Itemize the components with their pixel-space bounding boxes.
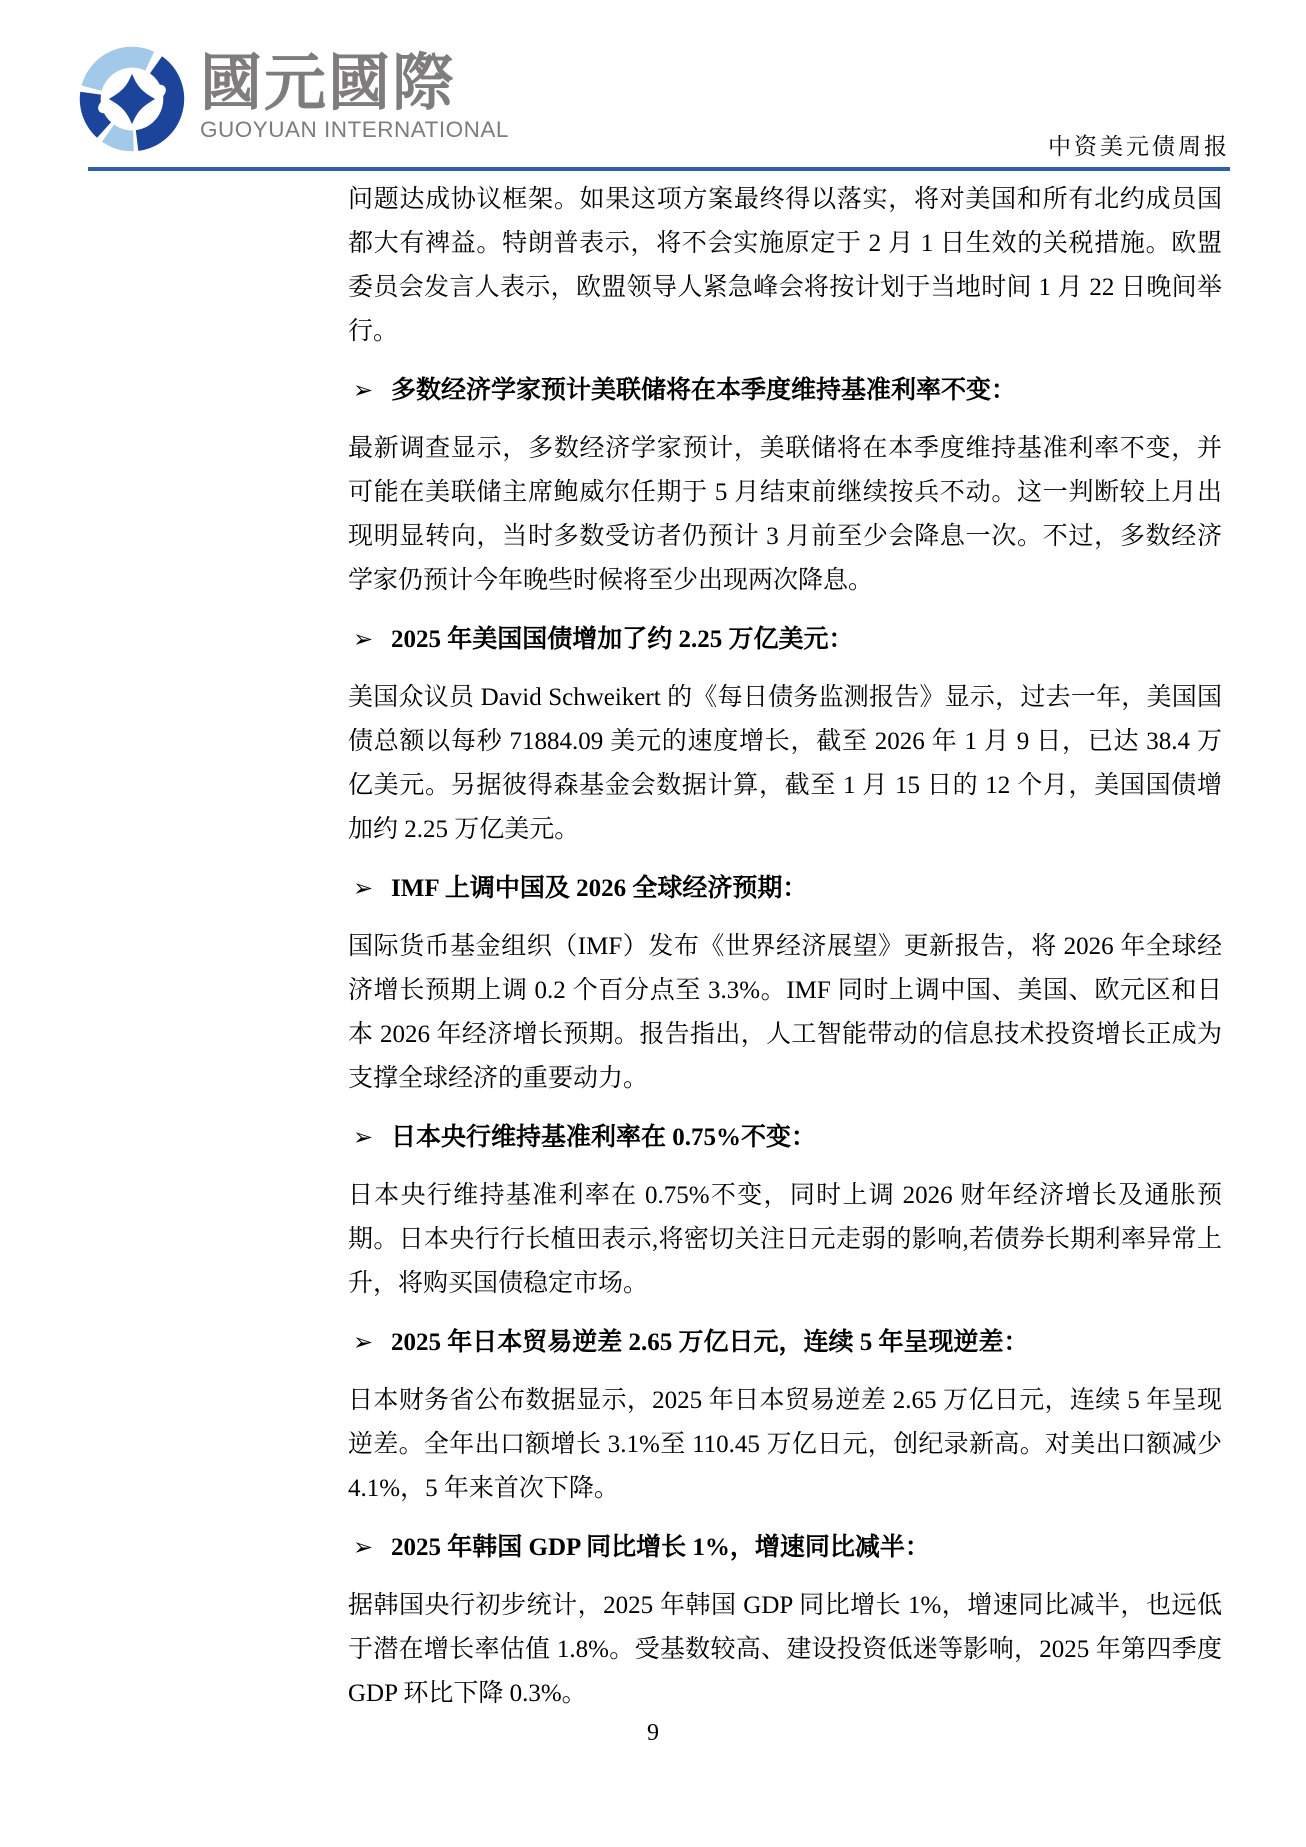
bullet-heading-us-debt: ➢2025 年美国国债增加了约 2.25 万亿美元： (348, 617, 1222, 662)
bullet-heading-korea-gdp: ➢2025 年韩国 GDP 同比增长 1%，增速同比减半： (348, 1525, 1222, 1570)
arrow-bullet-icon: ➢ (353, 617, 391, 661)
report-page: 國元國際 GUOYUAN INTERNATIONAL 中资美元债周报 问题达成协… (0, 0, 1306, 1847)
bullet-heading-imf-outlook: ➢IMF 上调中国及 2026 全球经济预期： (348, 866, 1222, 911)
paragraph-us-debt: 美国众议员 David Schweikert 的《每日债务监测报告》显示，过去一… (348, 676, 1222, 852)
heading-text: 2025 年韩国 GDP 同比增长 1%，增速同比减半： (391, 1534, 930, 1561)
bullet-heading-boj-rates: ➢日本央行维持基准利率在 0.75%不变： (348, 1115, 1222, 1160)
paragraph-japan-trade: 日本财务省公布数据显示，2025 年日本贸易逆差 2.65 万亿日元，连续 5 … (348, 1379, 1222, 1511)
arrow-bullet-icon: ➢ (353, 1320, 391, 1364)
guoyuan-logo-icon (77, 44, 187, 154)
heading-text: IMF 上调中国及 2026 全球经济预期： (391, 875, 807, 902)
intro-paragraph: 问题达成协议框架。如果这项方案最终得以落实，将对美国和所有北约成员国都大有裨益。… (348, 178, 1222, 354)
heading-text: 2025 年日本贸易逆差 2.65 万亿日元，连续 5 年呈现逆差： (391, 1329, 1029, 1356)
page-number: 9 (0, 1720, 1306, 1747)
paragraph-korea-gdp: 据韩国央行初步统计，2025 年韩国 GDP 同比增长 1%，增速同比减半，也远… (348, 1584, 1222, 1716)
arrow-bullet-icon: ➢ (353, 1115, 391, 1159)
heading-text: 日本央行维持基准利率在 0.75%不变： (391, 1124, 816, 1151)
report-type-label: 中资美元债周报 (1048, 128, 1230, 161)
heading-text: 2025 年美国国债增加了约 2.25 万亿美元： (391, 626, 854, 653)
logo-chinese-name: 國元國際 (200, 52, 520, 116)
paragraph-boj-rates: 日本央行维持基准利率在 0.75%不变，同时上调 2026 财年经济增长及通胀预… (348, 1174, 1222, 1306)
arrow-bullet-icon: ➢ (353, 866, 391, 910)
report-body: 问题达成协议框架。如果这项方案最终得以落实，将对美国和所有北约成员国都大有裨益。… (348, 170, 1222, 1716)
paragraph-fed-rates: 最新调查显示，多数经济学家预计，美联储将在本季度维持基准利率不变，并可能在美联储… (348, 427, 1222, 603)
bullet-heading-japan-trade: ➢2025 年日本贸易逆差 2.65 万亿日元，连续 5 年呈现逆差： (348, 1320, 1222, 1365)
heading-text: 多数经济学家预计美联储将在本季度维持基准利率不变： (391, 377, 1016, 404)
logo-text-block: 國元國際 GUOYUAN INTERNATIONAL (200, 52, 520, 142)
arrow-bullet-icon: ➢ (353, 368, 391, 412)
bullet-heading-fed-rates: ➢多数经济学家预计美联储将在本季度维持基准利率不变： (348, 368, 1222, 413)
logo-english-name: GUOYUAN INTERNATIONAL (200, 118, 520, 142)
paragraph-imf-outlook: 国际货币基金组织（IMF）发布《世界经济展望》更新报告，将 2026 年全球经济… (348, 925, 1222, 1101)
arrow-bullet-icon: ➢ (353, 1525, 391, 1569)
